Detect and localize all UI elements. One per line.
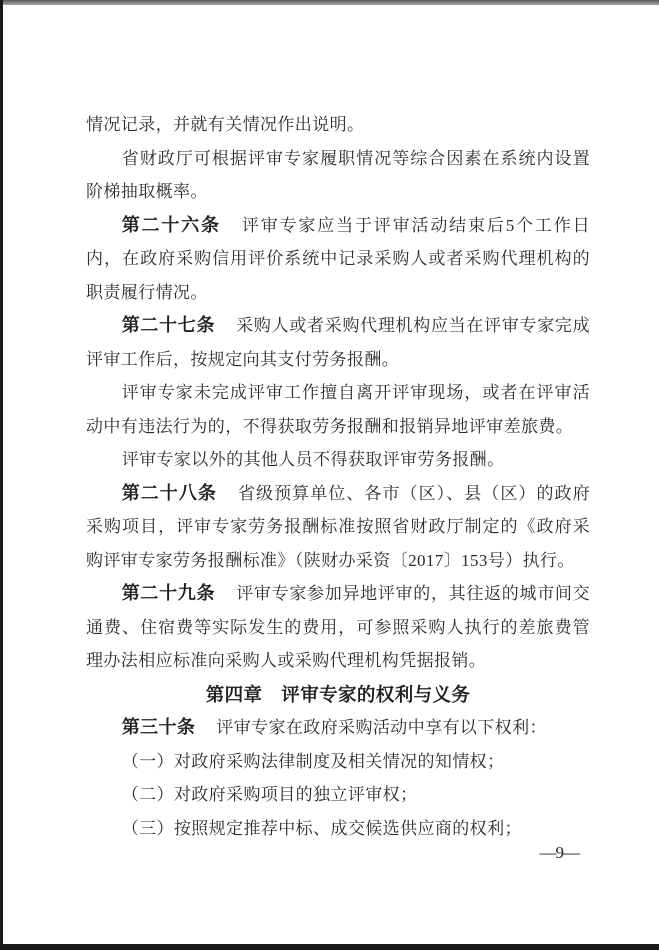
article-number: 第二十七条 — [122, 315, 216, 335]
article-paragraph: 第三十条评审专家在政府采购活动中享有以下权利： — [86, 711, 590, 745]
continuation-paragraph: 情况记录，并就有关情况作出说明。 — [86, 108, 590, 142]
article-number: 第二十六条 — [122, 215, 221, 235]
body-paragraph: 省财政厅可根据评审专家履职情况等综合因素在系统内设置阶梯抽取概率。 — [86, 142, 590, 209]
article-paragraph: 第二十七条采购人或者采购代理机构应当在评审专家完成评审工作后，按规定向其支付劳务… — [86, 309, 590, 376]
chapter-heading: 第四章 评审专家的权利与义务 — [86, 678, 590, 712]
article-number: 第三十条 — [122, 717, 196, 737]
article-paragraph: 第二十九条评审专家参加异地评审的，其往返的城市间交通费、住宿费等实际发生的费用，… — [86, 577, 590, 678]
list-item: （一）对政府采购法律制度及相关情况的知情权； — [86, 745, 590, 779]
list-item: （三）按照规定推荐中标、成交候选供应商的权利； — [86, 812, 590, 846]
document-body: 情况记录，并就有关情况作出说明。省财政厅可根据评审专家履职情况等综合因素在系统内… — [86, 108, 590, 845]
body-paragraph: 评审专家以外的其他人员不得获取评审劳务报酬。 — [86, 443, 590, 477]
list-item: （二）对政府采购项目的独立评审权； — [86, 778, 590, 812]
scan-edge-top — [0, 0, 659, 5]
article-number: 第二十八条 — [122, 483, 217, 503]
article-paragraph: 第二十六条评审专家应当于评审活动结束后5个工作日内，在政府采购信用评价系统中记录… — [86, 209, 590, 310]
scan-edge-bottom — [0, 944, 659, 950]
scan-edge-left — [0, 0, 3, 950]
article-number: 第二十九条 — [122, 583, 216, 603]
article-paragraph: 第二十八条省级预算单位、各市（区）、县（区）的政府采购项目，评审专家劳务报酬标准… — [86, 477, 590, 578]
article-text: 评审专家在政府采购活动中享有以下权利： — [216, 718, 547, 737]
page-number: —9— — [540, 843, 580, 863]
body-paragraph: 评审专家未完成评审工作擅自离开评审现场，或者在评审活动中有违法行为的，不得获取劳… — [86, 376, 590, 443]
